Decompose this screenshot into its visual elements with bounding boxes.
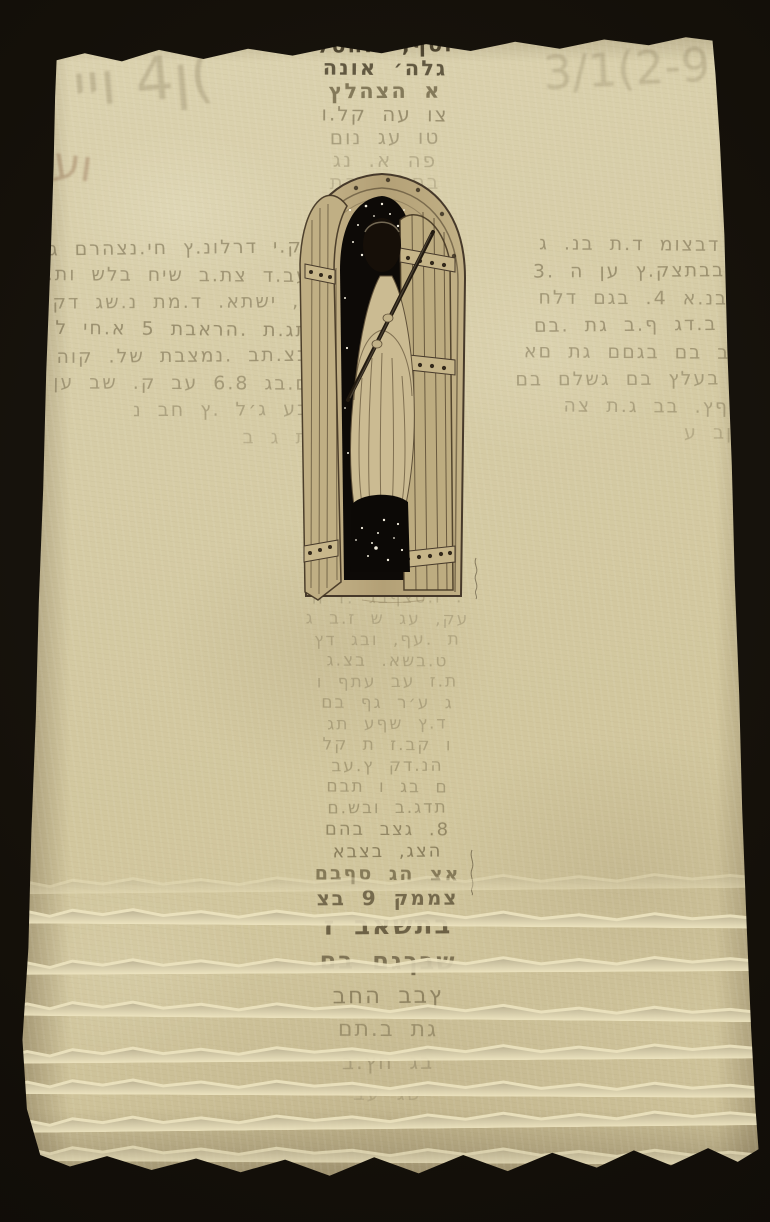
script-line: ם, דבצומ ד.ת בנ. ג <box>476 230 758 259</box>
script-line: בג חץ.ב <box>298 1046 478 1079</box>
script-line: צץ ב.דג ף.ב גת .בם <box>476 311 758 341</box>
artist-signature-mark <box>470 556 482 600</box>
script-line: עק, עג ש ז.ב ג <box>295 608 480 630</box>
ghost-mark-left-edge: ועכ <box>27 134 96 192</box>
script-line: ת ג ב <box>26 424 310 452</box>
script-line: ת.ז עב עתף ו <box>295 671 480 693</box>
script-line: בצ.תב .נמצבת של. קוה <box>26 342 310 371</box>
handmade-paper-sheet: ן4 ויי( 3/1(2-9 ועכ וסף, נ.הסל גלה׳ אונה… <box>18 28 760 1178</box>
script-line: ד.ץ שףע תג <box>295 713 480 736</box>
script-line: ג, ישתא. ד.מת נ.שג דק <box>26 288 310 316</box>
hem-star-patch <box>350 495 410 572</box>
script-line: 8. גצב בהם <box>295 819 480 842</box>
script-column-lower: בתשאב ז שבךגם בם ץבב החב גת ב.תם בג חץ.ב… <box>298 908 478 1109</box>
torn-sheet-edge <box>12 1138 768 1168</box>
script-line: תצב בם בגםם גת םא <box>476 338 758 367</box>
ghost-mark-top-right: 3/1(2-9 <box>542 38 712 101</box>
ghost-mark-top-left: ן4 ויי( <box>70 40 216 122</box>
script-line: ם.בג 6.8 עב ק. שב ען <box>26 369 310 397</box>
script-line: שג עב <box>298 1078 478 1110</box>
script-band-left: ןק.י דרלונ.ץ חי.נצהרם ג עב.ד צת.ב שיח בל… <box>26 235 310 451</box>
script-line: גת ב.תם <box>298 1013 478 1047</box>
script-line: שתבנ.א 4. בגם דלח <box>476 284 758 312</box>
artwork-photo: ן4 ויי( 3/1(2-9 ועכ וסף, נ.הסל גלה׳ אונה… <box>0 0 770 1222</box>
script-line: א הצהלץ <box>290 80 480 104</box>
figure-hand <box>383 314 393 322</box>
script-line: ץבב החב <box>298 978 478 1013</box>
script-band-right: ם, דבצומ ד.ת בנ. ג ג. בבתצק.ץ ען ה .3 שת… <box>476 231 758 447</box>
left-edge-shadow <box>18 28 70 1178</box>
script-column-middle: . ו.סצףבג .ז ה עק, עג ש ז.ב ג ת .עף, ובג… <box>295 588 480 911</box>
right-edge-shadow <box>716 28 760 1178</box>
script-line: וסף, נ.הסל <box>290 33 480 58</box>
bottom-edge-shadow <box>18 1108 760 1178</box>
script-line: צו עה קל.ו <box>290 102 480 127</box>
script-line: הנ.דק ץ.עב <box>295 756 480 778</box>
script-line: ג. בבתצק.ץ ען ה .3 <box>476 257 758 286</box>
script-line: בתשאב ז <box>298 907 478 945</box>
script-line: ו קב.ז ת קל <box>295 734 480 756</box>
script-line: ם בג ו תבם <box>295 776 480 799</box>
script-line: תדג.ב ובש.ם <box>295 797 480 819</box>
script-line: טו עג נום <box>290 125 480 149</box>
script-line: ג ןב ע <box>476 420 758 448</box>
script-line: ת .עף, ובג דץ <box>295 630 480 652</box>
script-line: אצ הג סףבם <box>295 862 480 886</box>
artist-signature-mark <box>466 848 478 896</box>
script-line: ג ע׳ר גף בם <box>295 693 480 715</box>
script-line: ט.בשא. בצ.ג <box>295 650 480 673</box>
script-line: תג.ת .הראבת 5 א.חי ל <box>26 315 310 345</box>
script-line: שבךגם בם <box>298 943 478 979</box>
door-illustration <box>292 148 474 608</box>
script-line: הצג, בצבא <box>295 840 480 864</box>
script-line: ןק.י דרלונ.ץ חי.נצהרם ג <box>26 233 310 263</box>
script-line: ם. בעלץ בם גשלם בם <box>476 365 758 393</box>
script-line: עב.ד צת.ב שיח בלש ות.ג <box>26 261 310 290</box>
script-line: גלה׳ אונה <box>290 56 480 80</box>
script-line: ע ףץ. בב ג.ת צה <box>476 392 758 421</box>
script-line: בע ג׳ל .ץ חב נ <box>26 396 310 425</box>
figure-hand <box>372 340 382 348</box>
